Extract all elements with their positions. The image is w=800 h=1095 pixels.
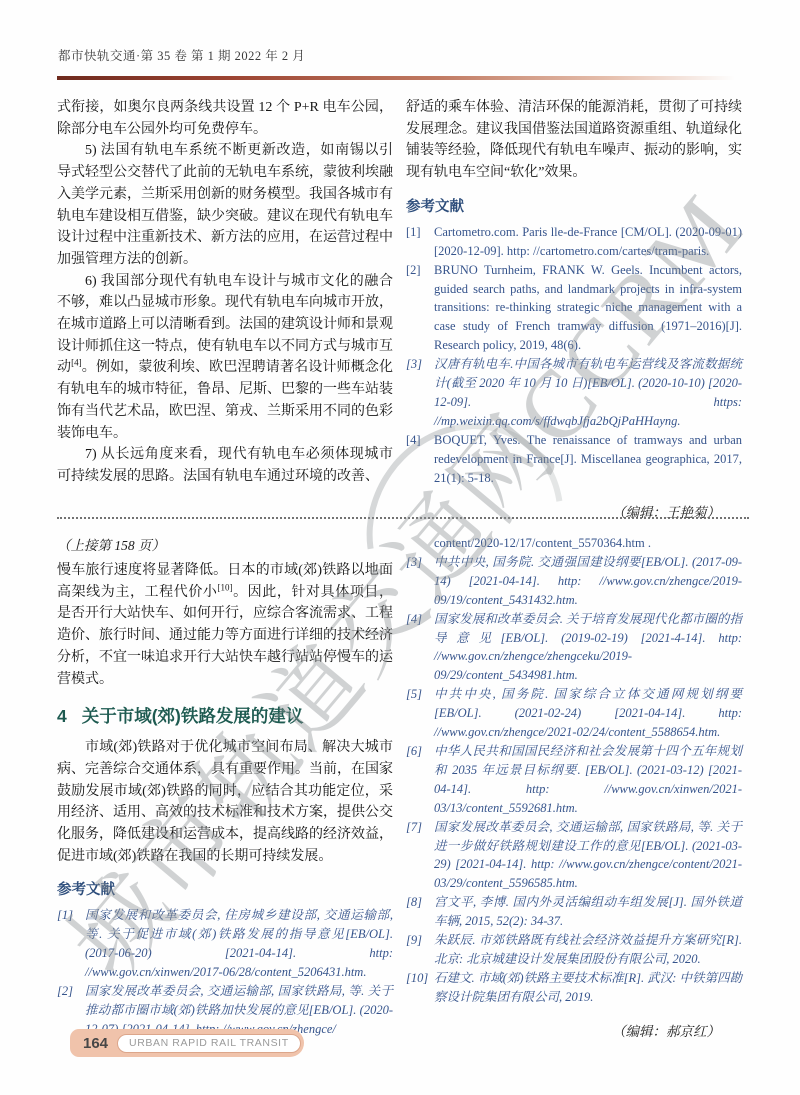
ref-number: [10] — [406, 969, 434, 1007]
body-paragraph: 7) 从长远角度来看，现代有轨电车必须体现城市可持续发展的思路。法国有轨电车通过… — [57, 444, 393, 487]
reference-item: [4]BOQUET, Yves. The renaissance of tram… — [406, 431, 742, 488]
reference-item: [3]中共中央, 国务院. 交通强国建设纲要[EB/OL]. (2017-09-… — [406, 553, 742, 610]
citation-superscript: [4] — [71, 358, 82, 368]
ref-number: [2] — [406, 261, 434, 356]
ref-text: 中共中央, 国务院. 国家综合立体交通网规划纲要[EB/OL]. (2021-0… — [434, 685, 742, 742]
bottom-left-column: （上接第 158 页） 慢车旅行速度将显著降低。日本的市域(郊)铁路以地面高架线… — [57, 534, 393, 1040]
ref-text: Cartometro.com. Paris lle-de-France [CM/… — [434, 223, 742, 261]
body-paragraph: 慢车旅行速度将显著降低。日本的市域(郊)铁路以地面高架线为主，工程代价小[10]… — [57, 560, 393, 690]
page-number: 164 — [83, 1035, 108, 1052]
bottom-section: （上接第 158 页） 慢车旅行速度将显著降低。日本的市域(郊)铁路以地面高架线… — [57, 534, 743, 1040]
ref-number: [3] — [406, 553, 434, 610]
reference-item: [6]中华人民共和国国民经济和社会发展第十四个五年规划和 2035 年远景目标纲… — [406, 742, 742, 818]
ref-number: [1] — [57, 906, 85, 982]
reference-item: [1]Cartometro.com. Paris lle-de-France [… — [406, 223, 742, 261]
body-paragraph: 5) 法国有轨电车系统不断更新改造，如南锡以引导式轻型公交替代了此前的无轨电车系… — [57, 140, 393, 270]
ref-number: [6] — [406, 742, 434, 818]
body-paragraph: 舒适的乘车体验、清洁环保的能源消耗，贯彻了可持续发展理念。建议我国借鉴法国道路资… — [406, 97, 742, 184]
reference-item: [3]汉唐有轨电车.中国各城市有轨电车运营线及客流数据统计(截至 2020 年 … — [406, 355, 742, 431]
ref-text: 汉唐有轨电车.中国各城市有轨电车运营线及客流数据统计(截至 2020 年 10 … — [434, 355, 742, 431]
ref-text: 石建文. 市域(郊)铁路主要技术标准[R]. 武汉: 中铁第四勘察设计院集团有限… — [434, 969, 742, 1007]
body-paragraph: 式衔接，如奥尔良两条线共设置 12 个 P+R 电车公园，除部分电车公园外均可免… — [57, 97, 393, 140]
section-heading: 4关于市域(郊)铁路发展的建议 — [57, 703, 393, 728]
ref-number: [4] — [406, 610, 434, 686]
reference-item: [9]朱跃辰. 市郊铁路既有线社会经济效益提升方案研究[R]. 北京: 北京城建… — [406, 931, 742, 969]
ref-number: [8] — [406, 893, 434, 931]
ref-number: [7] — [406, 818, 434, 894]
top-section: 式衔接，如奥尔良两条线共设置 12 个 P+R 电车公园，除部分电车公园外均可免… — [57, 97, 743, 521]
editor-note: （编辑：郝京红） — [406, 1020, 742, 1040]
ref-number: [3] — [406, 355, 434, 431]
ref-number: [9] — [406, 931, 434, 969]
journal-name-footer: URBAN RAPID RAIL TRANSIT — [117, 1034, 301, 1053]
journal-page: 都市快轨交通·第 35 卷 第 1 期 2022 年 2 月 式衔接，如奥尔良两… — [0, 0, 800, 1095]
body-paragraph: 6) 我国部分现代有轨电车设计与城市文化的融合不够，难以凸显城市形象。现代有轨电… — [57, 271, 393, 445]
ref-number: [4] — [406, 431, 434, 488]
reference-continuation: content/2020-12/17/content_5570364.htm . — [406, 534, 742, 553]
citation-superscript: [10] — [218, 582, 233, 592]
ref-text: BOQUET, Yves. The renaissance of tramway… — [434, 431, 742, 488]
ref-text: 国家发展和改革委员会. 关于培育发展现代化都市圈的指导意见[EB/OL]. (2… — [434, 610, 742, 686]
ref-number: [5] — [406, 685, 434, 742]
section-number: 4 — [57, 706, 67, 726]
body-paragraph: 市域(郊)铁路对于优化城市空间布局、解决大城市病、完善综合交通体系，具有重要作用… — [57, 737, 393, 867]
header-rule — [57, 76, 749, 80]
bottom-right-column: content/2020-12/17/content_5570364.htm .… — [406, 534, 742, 1040]
references-heading: 参考文献 — [406, 195, 742, 216]
continued-from-note: （上接第 158 页） — [57, 534, 393, 554]
ref-text: BRUNO Turnheim, FRANK W. Geels. Incumben… — [434, 261, 742, 356]
ref-text: 宫文平, 李博. 国内外灵活编组动车组发展[J]. 国外铁道车辆, 2015, … — [434, 893, 742, 931]
page-number-badge: 164 URBAN RAPID RAIL TRANSIT — [70, 1029, 304, 1057]
reference-item: [1]国家发展和改革委员会, 住房城乡建设部, 交通运输部, 等. 关于促进市域… — [57, 906, 393, 982]
section-title: 关于市域(郊)铁路发展的建议 — [82, 706, 304, 726]
reference-item: [2]BRUNO Turnheim, FRANK W. Geels. Incum… — [406, 261, 742, 356]
ref-text: 国家发展和改革委员会, 住房城乡建设部, 交通运输部, 等. 关于促进市域(郊)… — [85, 906, 393, 982]
references-heading: 参考文献 — [57, 878, 393, 899]
ref-text: 朱跃辰. 市郊铁路既有线社会经济效益提升方案研究[R]. 北京: 北京城建设计发… — [434, 931, 742, 969]
ref-text: 中华人民共和国国民经济和社会发展第十四个五年规划和 2035 年远景目标纲要. … — [434, 742, 742, 818]
reference-item: [7]国家发展改革委员会, 交通运输部, 国家铁路局, 等. 关于进一步做好铁路… — [406, 818, 742, 894]
dotted-divider — [57, 517, 749, 519]
reference-item: [10]石建文. 市域(郊)铁路主要技术标准[R]. 武汉: 中铁第四勘察设计院… — [406, 969, 742, 1007]
reference-item: [8]宫文平, 李博. 国内外灵活编组动车组发展[J]. 国外铁道车辆, 201… — [406, 893, 742, 931]
reference-item: [4]国家发展和改革委员会. 关于培育发展现代化都市圈的指导意见[EB/OL].… — [406, 610, 742, 686]
top-left-column: 式衔接，如奥尔良两条线共设置 12 个 P+R 电车公园，除部分电车公园外均可免… — [57, 97, 393, 521]
reference-item: [5]中共中央, 国务院. 国家综合立体交通网规划纲要[EB/OL]. (202… — [406, 685, 742, 742]
ref-number: [1] — [406, 223, 434, 261]
journal-header: 都市快轨交通·第 35 卷 第 1 期 2022 年 2 月 — [58, 46, 305, 64]
ref-text: 国家发展改革委员会, 交通运输部, 国家铁路局, 等. 关于进一步做好铁路规划建… — [434, 818, 742, 894]
ref-text: 中共中央, 国务院. 交通强国建设纲要[EB/OL]. (2017-09-14)… — [434, 553, 742, 610]
top-right-column: 舒适的乘车体验、清洁环保的能源消耗，贯彻了可持续发展理念。建议我国借鉴法国道路资… — [406, 97, 742, 521]
